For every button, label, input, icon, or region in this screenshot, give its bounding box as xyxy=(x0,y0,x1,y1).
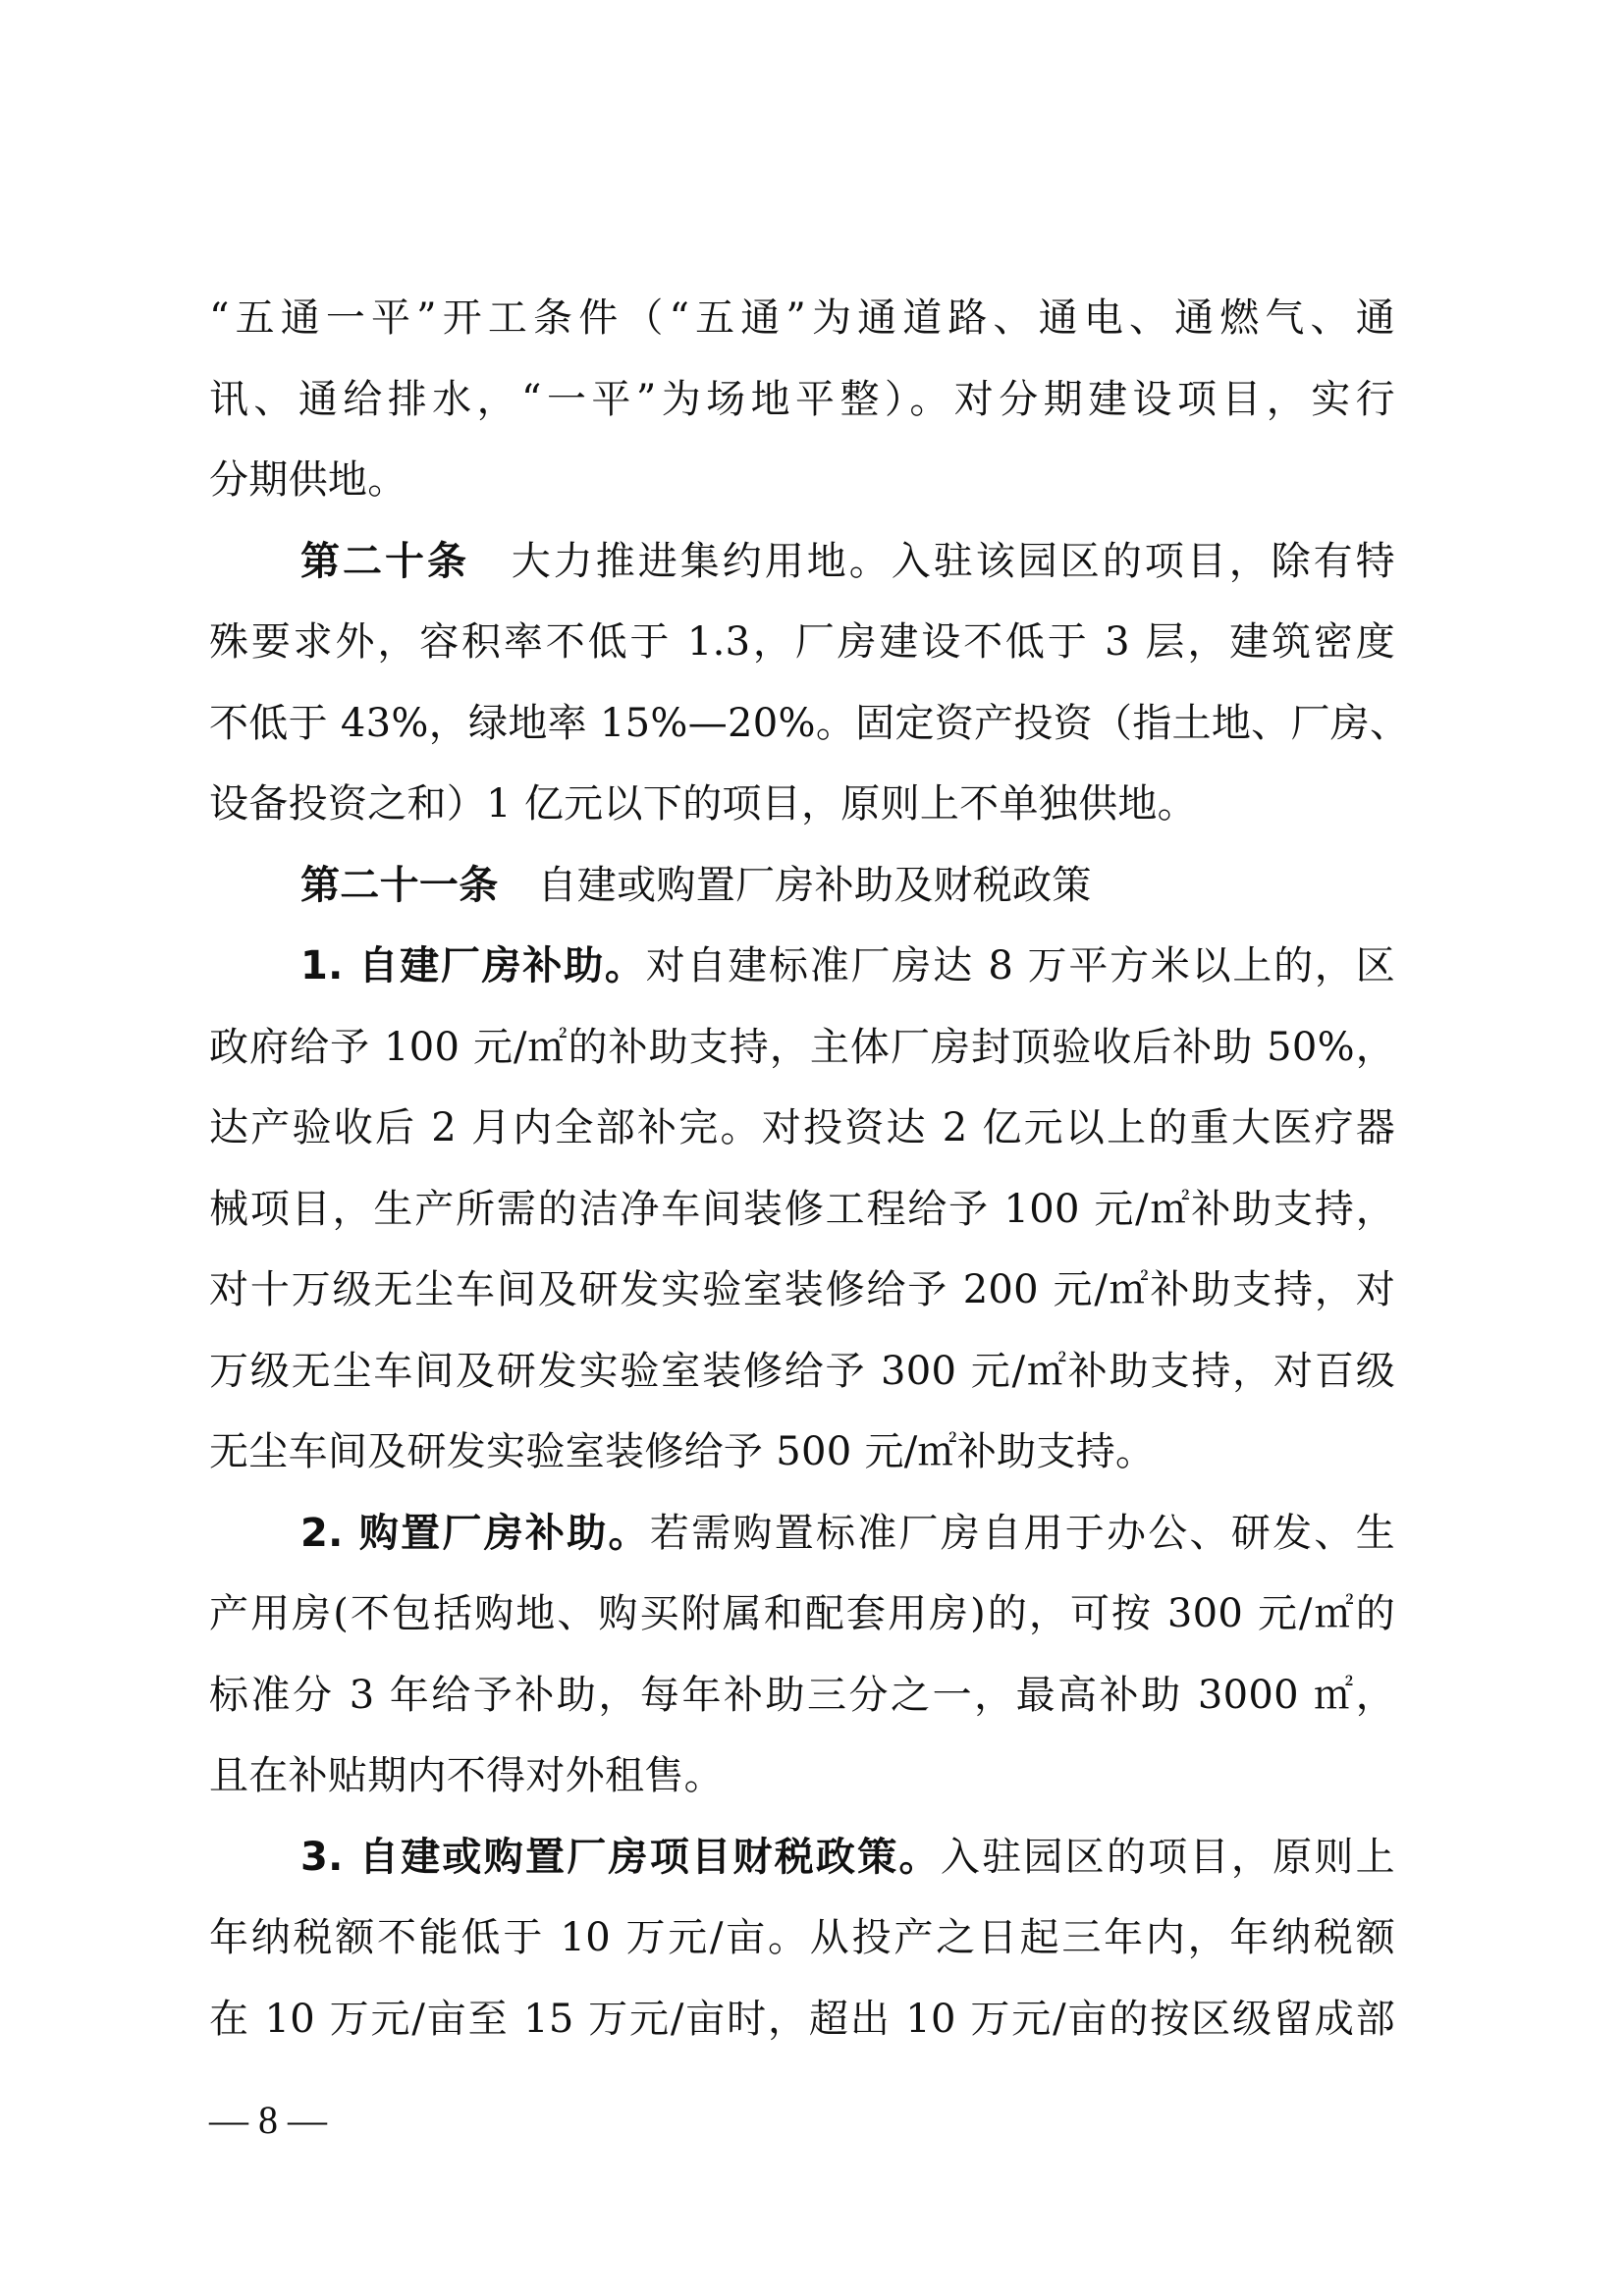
text-line: 在 10 万元/亩至 15 万元/亩时，超出 10 万元/亩的按区级留成部 xyxy=(209,1979,1395,2060)
article-heading: 第二十一条 xyxy=(300,863,499,908)
text-line: 且在补贴期内不得对外租售。 xyxy=(209,1735,1395,1817)
item-self-built-subsidy: 1. 自建厂房补助。对自建标准厂房达 8 万平方米以上的，区 政府给予 100 … xyxy=(209,926,1395,1493)
text-line: 分期供地。 xyxy=(209,440,1395,521)
item-lead: 3. 自建或购置厂房项目财税政策。 xyxy=(300,1835,941,1880)
article-20: 第二十条大力推进集约用地。入驻该园区的项目，除有特 殊要求外，容积率不低于 1.… xyxy=(209,521,1395,845)
text-line: 讯、通给排水，“一平”为场地平整）。对分期建设项目，实行 xyxy=(209,359,1395,441)
text-line: 第二十一条自建或购置厂房补助及财税政策 xyxy=(209,845,1395,927)
text-line: 无尘车间及研发实验室装修给予 500 元/㎡补助支持。 xyxy=(209,1412,1395,1493)
text-run: 若需购置标准厂房自用于办公、研发、生 xyxy=(650,1511,1395,1556)
text-line: 达产验收后 2 月内全部补完。对投资达 2 亿元以上的重大医疗器 xyxy=(209,1088,1395,1169)
article-title: 自建或购置厂房补助及财税政策 xyxy=(538,863,1092,908)
text-line: 对十万级无尘车间及研发实验室装修给予 200 元/㎡补助支持，对 xyxy=(209,1250,1395,1331)
text-line: 万级无尘车间及研发实验室装修给予 300 元/㎡补助支持，对百级 xyxy=(209,1331,1395,1413)
text-line: 2. 购置厂房补助。若需购置标准厂房自用于办公、研发、生 xyxy=(209,1493,1395,1575)
text-line: 3. 自建或购置厂房项目财税政策。入驻园区的项目，原则上 xyxy=(209,1817,1395,1898)
text-line: 械项目，生产所需的洁净车间装修工程给予 100 元/㎡补助支持， xyxy=(209,1169,1395,1251)
item-tax-policy: 3. 自建或购置厂房项目财税政策。入驻园区的项目，原则上 年纳税额不能低于 10… xyxy=(209,1817,1395,2060)
article-heading: 第二十条 xyxy=(300,539,469,584)
text-line: 不低于 43%，绿地率 15%—20%。固定资产投资（指土地、厂房、 xyxy=(209,683,1395,765)
article-21: 第二十一条自建或购置厂房补助及财税政策 xyxy=(209,845,1395,927)
text-run: 入驻园区的项目，原则上 xyxy=(941,1835,1395,1880)
text-run: 对自建标准厂房达 8 万平方米以上的，区 xyxy=(646,943,1395,988)
text-line: 1. 自建厂房补助。对自建标准厂房达 8 万平方米以上的，区 xyxy=(209,926,1395,1007)
text-line: 产用房(不包括购地、购买附属和配套用房)的，可按 300 元/㎡的 xyxy=(209,1574,1395,1655)
page-number: — 8 — xyxy=(209,2091,327,2150)
text-line: 年纳税额不能低于 10 万元/亩。从投产之日起三年内，年纳税额 xyxy=(209,1897,1395,1979)
text-line: 殊要求外，容积率不低于 1.3，厂房建设不低于 3 层，建筑密度 xyxy=(209,602,1395,683)
text-line: 设备投资之和）1 亿元以下的项目，原则上不单独供地。 xyxy=(209,764,1395,845)
text-line: 政府给予 100 元/㎡的补助支持，主体厂房封顶验收后补助 50%， xyxy=(209,1007,1395,1089)
text-line: “五通一平”开工条件（“五通”为通道路、通电、通燃气、通 xyxy=(209,278,1395,359)
document-page: “五通一平”开工条件（“五通”为通道路、通电、通燃气、通 讯、通给排水，“一平”… xyxy=(209,278,1395,2059)
text-run: 大力推进集约用地。入驻该园区的项目，除有特 xyxy=(509,539,1395,584)
item-purchase-subsidy: 2. 购置厂房补助。若需购置标准厂房自用于办公、研发、生 产用房(不包括购地、购… xyxy=(209,1493,1395,1817)
item-lead: 1. 自建厂房补助。 xyxy=(300,943,646,988)
text-line: 第二十条大力推进集约用地。入驻该园区的项目，除有特 xyxy=(209,521,1395,603)
paragraph-land-conditions: “五通一平”开工条件（“五通”为通道路、通电、通燃气、通 讯、通给排水，“一平”… xyxy=(209,278,1395,521)
text-line: 标准分 3 年给予补助，每年补助三分之一，最高补助 3000 ㎡， xyxy=(209,1655,1395,1736)
item-lead: 2. 购置厂房补助。 xyxy=(300,1511,650,1556)
